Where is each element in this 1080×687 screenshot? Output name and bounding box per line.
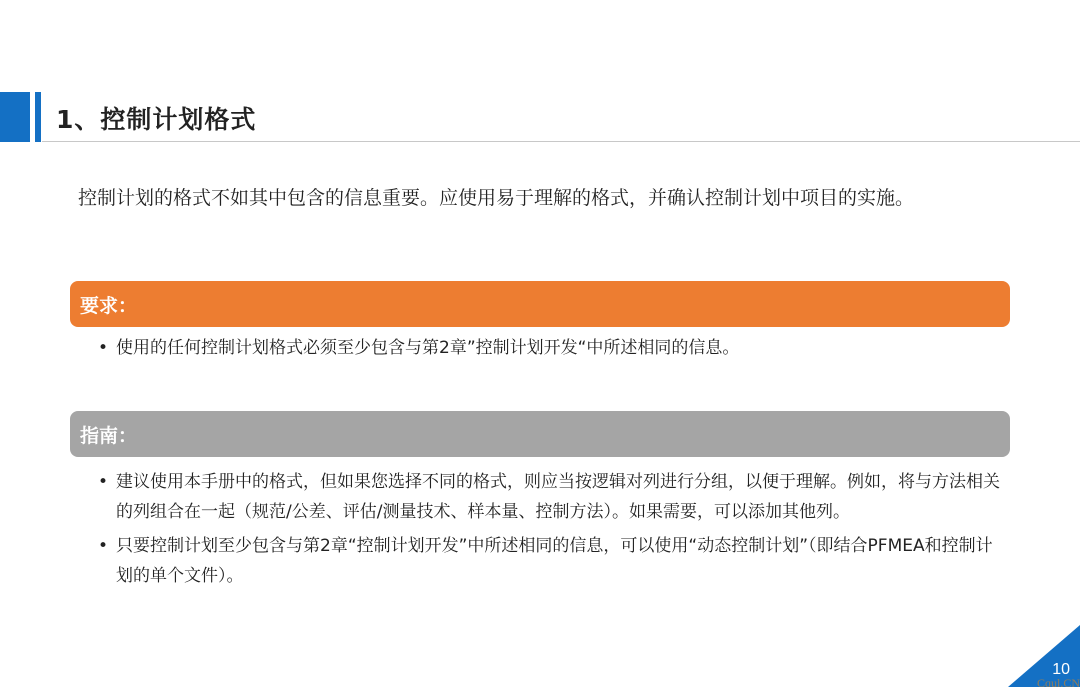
title-accent-block: [0, 92, 30, 142]
title-divider: [42, 141, 1080, 142]
requirements-banner: 要求：: [70, 281, 1010, 327]
requirements-list: 使用的任何控制计划格式必须至少包含与第2章”控制计划开发“中所述相同的信息。: [98, 333, 1008, 367]
watermark: Cqul.CN: [1037, 676, 1080, 687]
requirements-label: 要求：: [80, 291, 137, 318]
intro-paragraph: 控制计划的格式不如其中包含的信息重要。应使用易于理解的格式，并确认控制计划中项目…: [78, 178, 1018, 218]
slide-title: 1、控制计划格式: [56, 100, 256, 136]
guidance-item: 只要控制计划至少包含与第2章“控制计划开发”中所述相同的信息，可以使用“动态控制…: [98, 531, 1008, 591]
requirement-item: 使用的任何控制计划格式必须至少包含与第2章”控制计划开发“中所述相同的信息。: [98, 333, 1008, 363]
title-accent-stripe: [35, 92, 41, 142]
guidance-item: 建议使用本手册中的格式，但如果您选择不同的格式，则应当按逻辑对列进行分组，以便于…: [98, 467, 1008, 527]
guidance-banner: 指南：: [70, 411, 1010, 457]
slide-title-bar: 1、控制计划格式: [0, 92, 1080, 142]
guidance-label: 指南：: [80, 421, 137, 448]
guidance-list: 建议使用本手册中的格式，但如果您选择不同的格式，则应当按逻辑对列进行分组，以便于…: [98, 467, 1008, 595]
